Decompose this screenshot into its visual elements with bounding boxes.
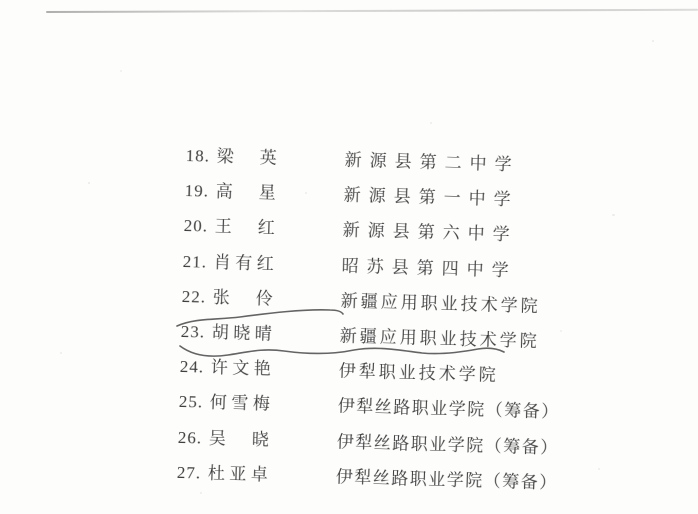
person-name: 张 伶 [213, 288, 278, 309]
person-name: 胡晓晴 [212, 323, 277, 344]
entry-number: 24. [180, 357, 205, 377]
person-name: 许文艳 [211, 358, 276, 379]
person-name: 何雪梅 [210, 393, 275, 414]
scan-speck [60, 352, 62, 354]
roster-list: 18. 梁 英 新源县第二中学 19. 高 星 新源县第一中学 20. 王 红 … [176, 146, 656, 511]
entry-number: 21. [183, 252, 208, 272]
entry-number: 20. [184, 216, 209, 236]
person-name: 梁 英 [216, 147, 281, 168]
person-name: 肖有红 [214, 252, 279, 273]
entry-number: 26. [178, 427, 203, 447]
scan-speck [598, 468, 600, 470]
school-name: 新源县第二中学 [344, 150, 519, 174]
scan-speck [305, 192, 307, 194]
person-name: 杜亚卓 [208, 463, 273, 484]
scan-speck [88, 182, 90, 184]
entry-number: 25. [179, 392, 204, 412]
scan-speck [256, 441, 259, 444]
school-name: 昭苏县第四中学 [341, 256, 516, 280]
scan-speck [120, 70, 122, 72]
entry-number: 18. [185, 146, 210, 166]
scan-speck [652, 40, 654, 42]
entry-number: 22. [182, 287, 207, 307]
entry-number: 23. [181, 322, 206, 342]
entry-number: 19. [184, 181, 209, 201]
entry-number: 27. [177, 463, 202, 483]
scan-speck [612, 214, 615, 216]
scan-speck [430, 122, 432, 124]
school-name: 新源县第一中学 [343, 186, 518, 210]
person-name: 王 红 [214, 217, 279, 238]
scan-edge-line [46, 9, 698, 13]
school-name: 新源县第六中学 [342, 221, 517, 245]
school-name: 伊犁职业技术学院 [339, 361, 499, 384]
person-name: 吴 晓 [209, 428, 274, 449]
scan-speck [560, 330, 562, 332]
scanned-page: 18. 梁 英 新源县第二中学 19. 高 星 新源县第一中学 20. 王 红 … [0, 0, 698, 514]
person-name: 高 星 [215, 182, 280, 203]
scan-speck [200, 492, 202, 494]
